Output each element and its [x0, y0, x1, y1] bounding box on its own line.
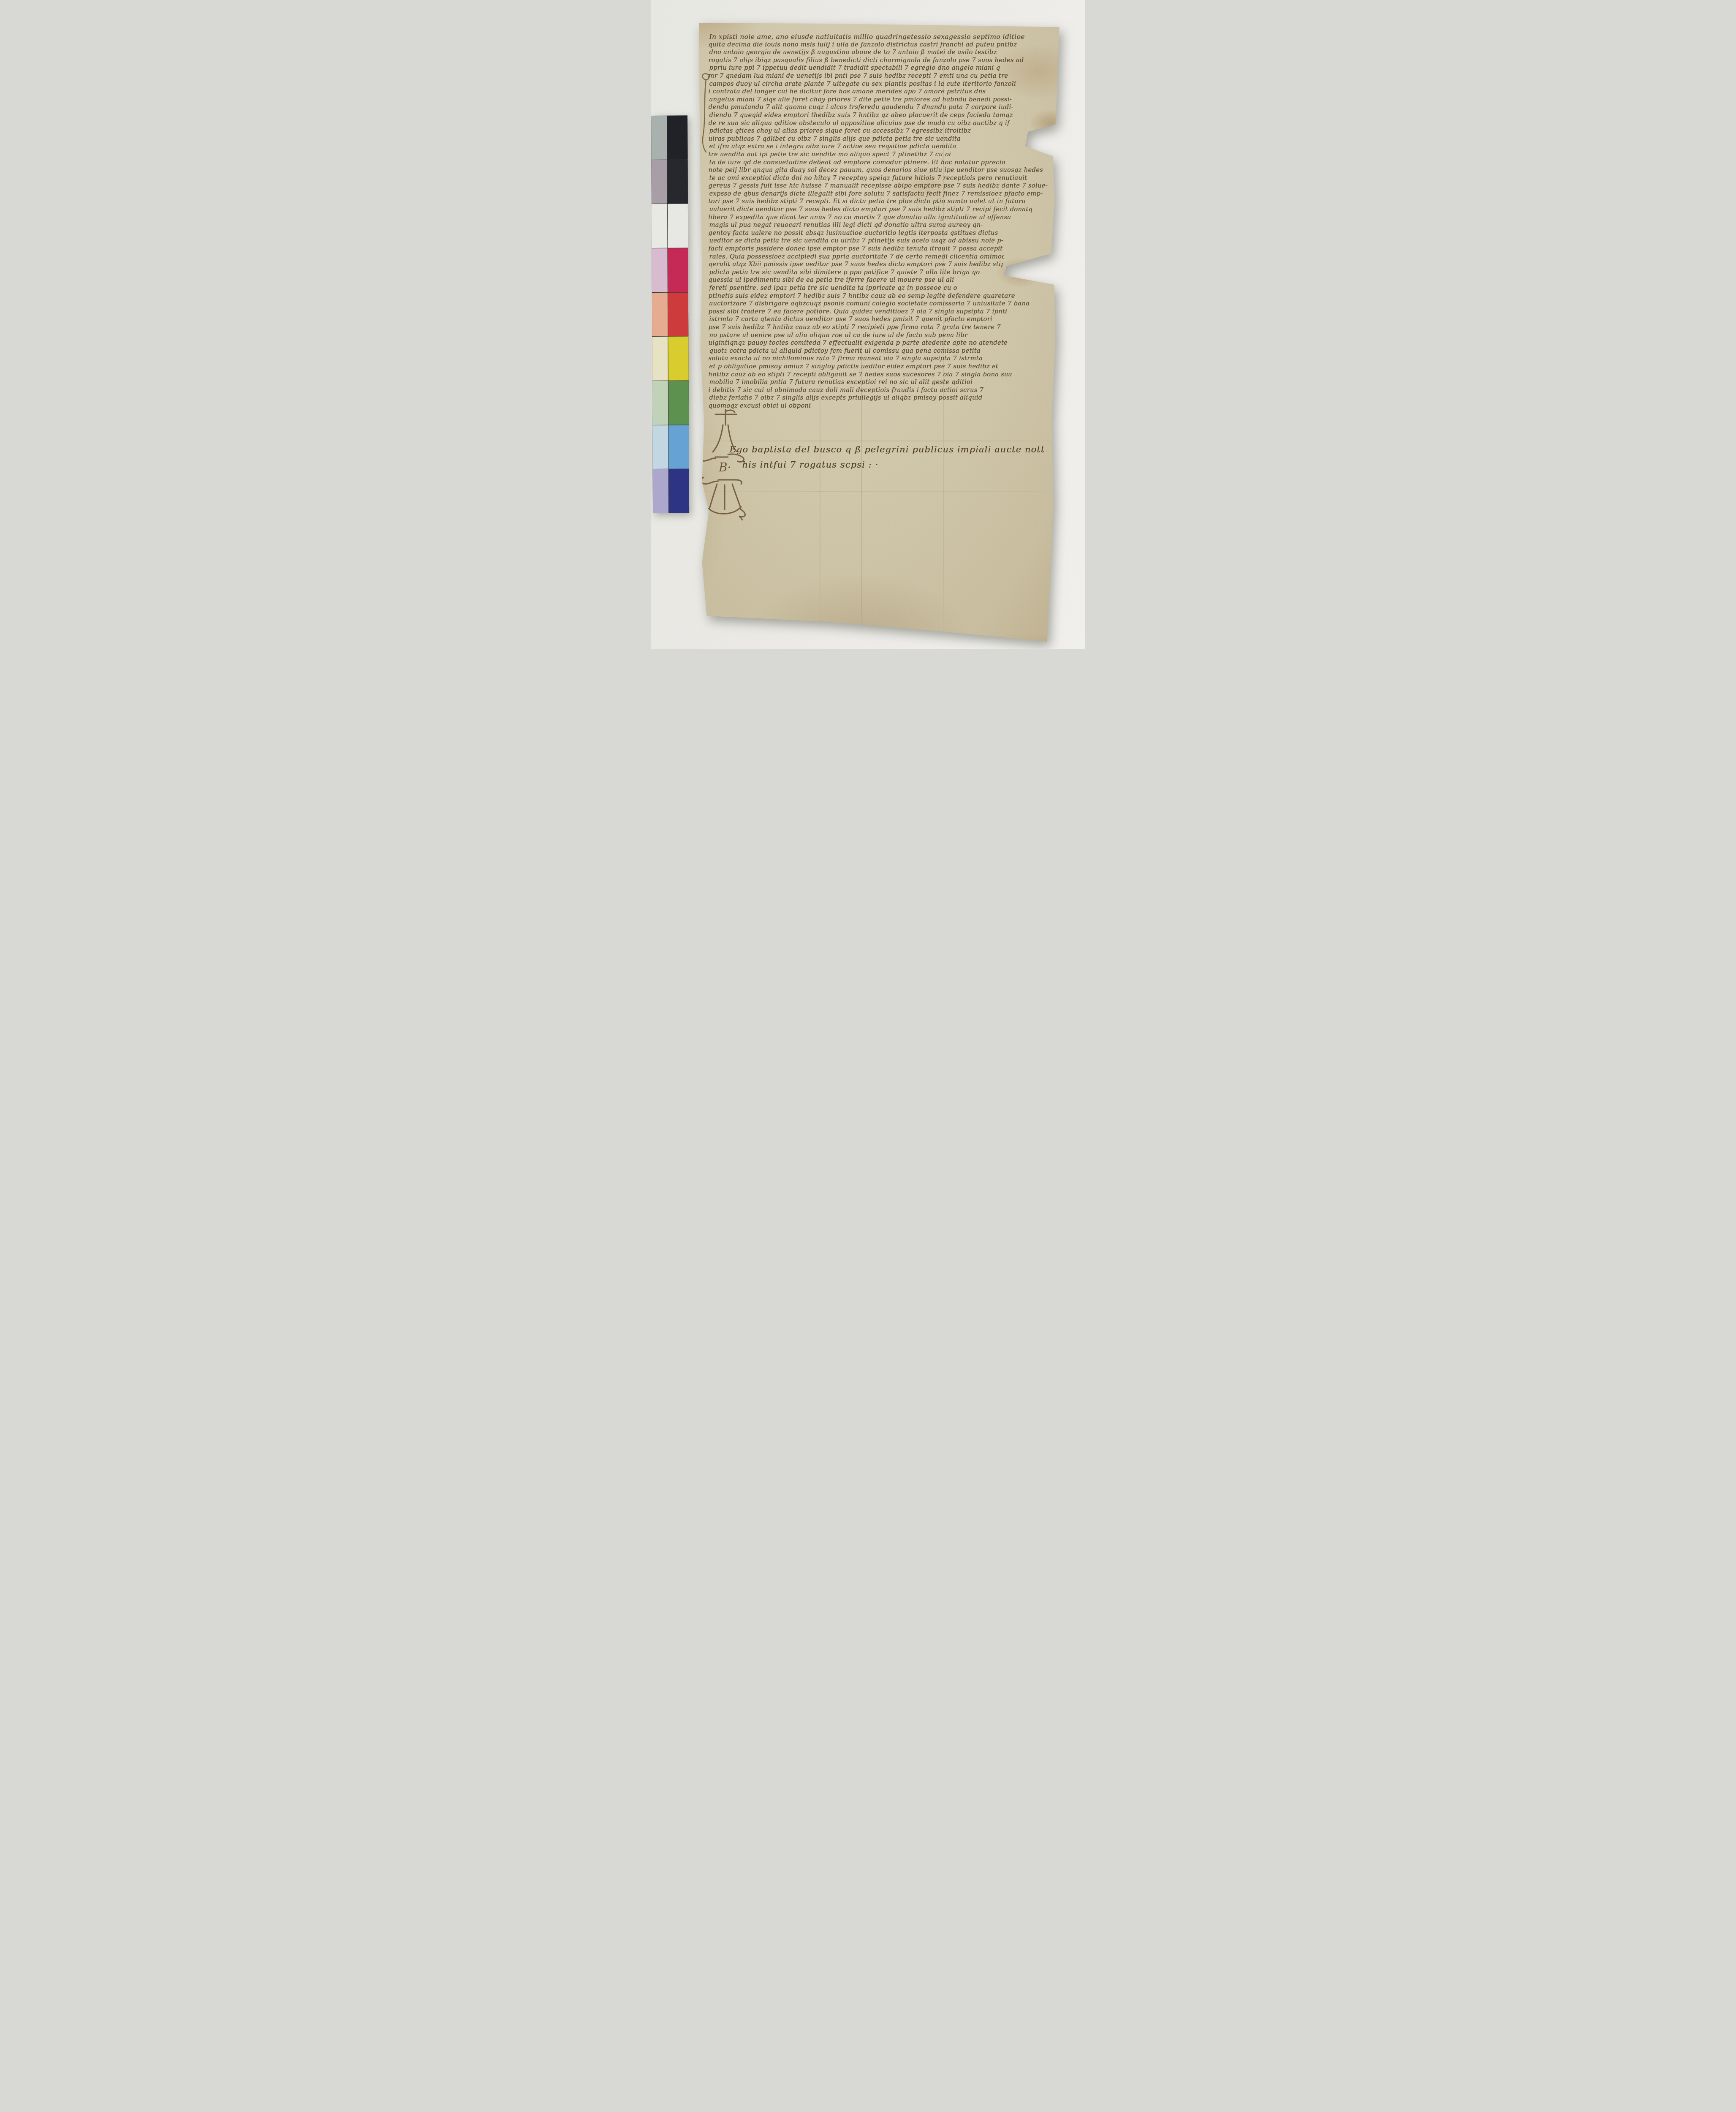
text-line-25: magis ul pua negat reuocari renutias ill…: [709, 221, 1051, 229]
text-line-21: expsso de qbus denarijs dicte illegalit …: [709, 190, 1051, 198]
text-line-43: et p obligatioe pmisoy omiuz 7 singloy p…: [709, 363, 1051, 371]
text-line-4: rogatis 7 alijs ibiqz pasqualis filius ß…: [709, 57, 1051, 65]
parchment: In xpisti noie ame, ano eiusde natiuitat…: [651, 0, 1085, 649]
text-line-41: quotz cotra pdicta ul aliquid pdictoy fc…: [709, 347, 1051, 355]
text-line-46: i debitis 7 sic cui ul obnimoda cauz dol…: [709, 386, 1051, 395]
parchment-shadow-wrap: In xpisti noie ame, ano eiusde natiuitat…: [651, 0, 1085, 649]
text-line-39: no pstare ul uenire pse ul aliu aliqua r…: [709, 332, 1051, 340]
text-line-29: rales. Quia possessioez accipiedi sua pp…: [709, 253, 1004, 261]
manuscript-text-block: In xpisti noie ame, ano eiusde natiuitat…: [709, 33, 1051, 410]
text-line-33: fereti psentire. sed ipaz petia tre sic …: [709, 284, 1051, 292]
text-line-40: uigintiqnqz pauoy tocies comiteda 7 effe…: [709, 339, 1051, 347]
text-line-11: diendu 7 queqid eides emptori thedibz su…: [709, 112, 1051, 120]
text-line-28: facti emptoris pssidere donec ipse empto…: [709, 245, 1003, 253]
text-line-44: hntibz cauz ab eo stipti 7 recepti oblig…: [709, 371, 1051, 379]
subscription-line-2: his intfui 7 rogatus scpsi : ·: [742, 457, 1045, 472]
text-line-7: campos duoy ul circha arate plante 7 uit…: [709, 80, 1051, 88]
text-line-24: libera 7 expedita que dicat ter unus 7 n…: [709, 214, 1051, 222]
text-line-17: ta de iure qd de consuetudine debeat ad …: [709, 159, 1051, 167]
text-line-30: qerulit atqz Xbii pmissis ipse ueditor p…: [709, 261, 1003, 269]
text-line-32: quessia ul ipedimentu sibi de ea petia t…: [709, 276, 1051, 284]
text-line-47: diebz feriatis 7 oibz 7 singlis alijs ex…: [709, 394, 1051, 402]
text-line-13: pdictas qtices choy ul alias priores siq…: [709, 127, 1011, 135]
subscription-line-1: Ego baptista del busco q ß pelegrini pub…: [730, 442, 1045, 457]
text-line-9: angelus miani 7 siqs alie foret choy pri…: [709, 96, 1051, 104]
text-line-18: note peij libr qnqua gita duay sol decez…: [709, 166, 1051, 174]
text-line-5: ppriu iure ppi 7 ippetuu dedit uendidit …: [709, 64, 1051, 72]
text-line-20: gereus 7 gessis fuit isse hic huisse 7 m…: [709, 182, 1051, 190]
text-line-1: In xpisti noie ame, ano eiusde natiuitat…: [709, 33, 1051, 41]
text-line-36: possi sibi tradere 7 ea facere potiore. …: [709, 308, 1051, 316]
text-line-16: tre uendita aut ipi petie tre sic uendit…: [709, 151, 1051, 159]
text-line-23: ualuerit dicte uenditor pse 7 suos hedes…: [709, 206, 1051, 214]
photo-canvas: In xpisti noie ame, ano eiusde natiuitat…: [651, 0, 1085, 649]
svg-text:B·: B·: [718, 460, 731, 474]
text-line-6: mr 7 qnedam lua miani de uenetijs ibi pn…: [709, 72, 1051, 80]
text-line-45: mobilia 7 imobilia pntia 7 futura renuti…: [709, 378, 1051, 386]
text-line-8: i contrata del longer cui he dicitur for…: [709, 88, 1051, 96]
text-line-22: tori pse 7 suis hedibz stipti 7 recepti.…: [709, 198, 1051, 206]
text-line-26: gentoy facta ualere no possit absqz iusi…: [709, 229, 1051, 237]
text-line-2: quita decima die iouis nono msis iulij i…: [709, 41, 1051, 49]
text-line-31: pdicta petia tre sic uendita sibi dimite…: [709, 269, 1004, 277]
text-line-19: te ac omi exceptioi dicto dni no hitoy 7…: [709, 174, 1051, 182]
text-line-42: soluta exacta ul no nichilominus rata 7 …: [709, 355, 1051, 363]
text-line-34: ptinetis suis eidez emptori 7 hedibz sui…: [709, 292, 1051, 300]
margin-paraph-icon: [700, 72, 713, 156]
text-line-37: istrmto 7 carta qtenta dictus uenditor p…: [709, 316, 1051, 324]
text-line-3: dno antoio georgio de uenetijs ß augusti…: [709, 49, 1051, 57]
text-line-15: et ifra atqz extra se i integru oibz iur…: [709, 143, 1011, 151]
text-line-35: auctorizare 7 disbrigare aqbzcuqz psonis…: [709, 300, 1051, 308]
text-line-48: quomoqz excusi obici ul obponi: [709, 402, 1051, 410]
text-line-38: pse 7 suis hedibz 7 hntibz cauz ab eo st…: [709, 324, 1051, 332]
text-line-14: uiras publicas 7 qdlibet cu oibz 7 singl…: [709, 135, 1011, 143]
text-line-27: ueditor se dicta petia tre sic uendita c…: [709, 237, 1004, 245]
text-line-10: dendu pmutandu 7 alit quomo cuqz i alcos…: [709, 103, 1051, 112]
notary-subscription: Ego baptista del busco q ß pelegrini pub…: [730, 442, 1045, 472]
text-line-12: de re sua sic aliqua qditioe obsteculo u…: [709, 120, 1011, 128]
